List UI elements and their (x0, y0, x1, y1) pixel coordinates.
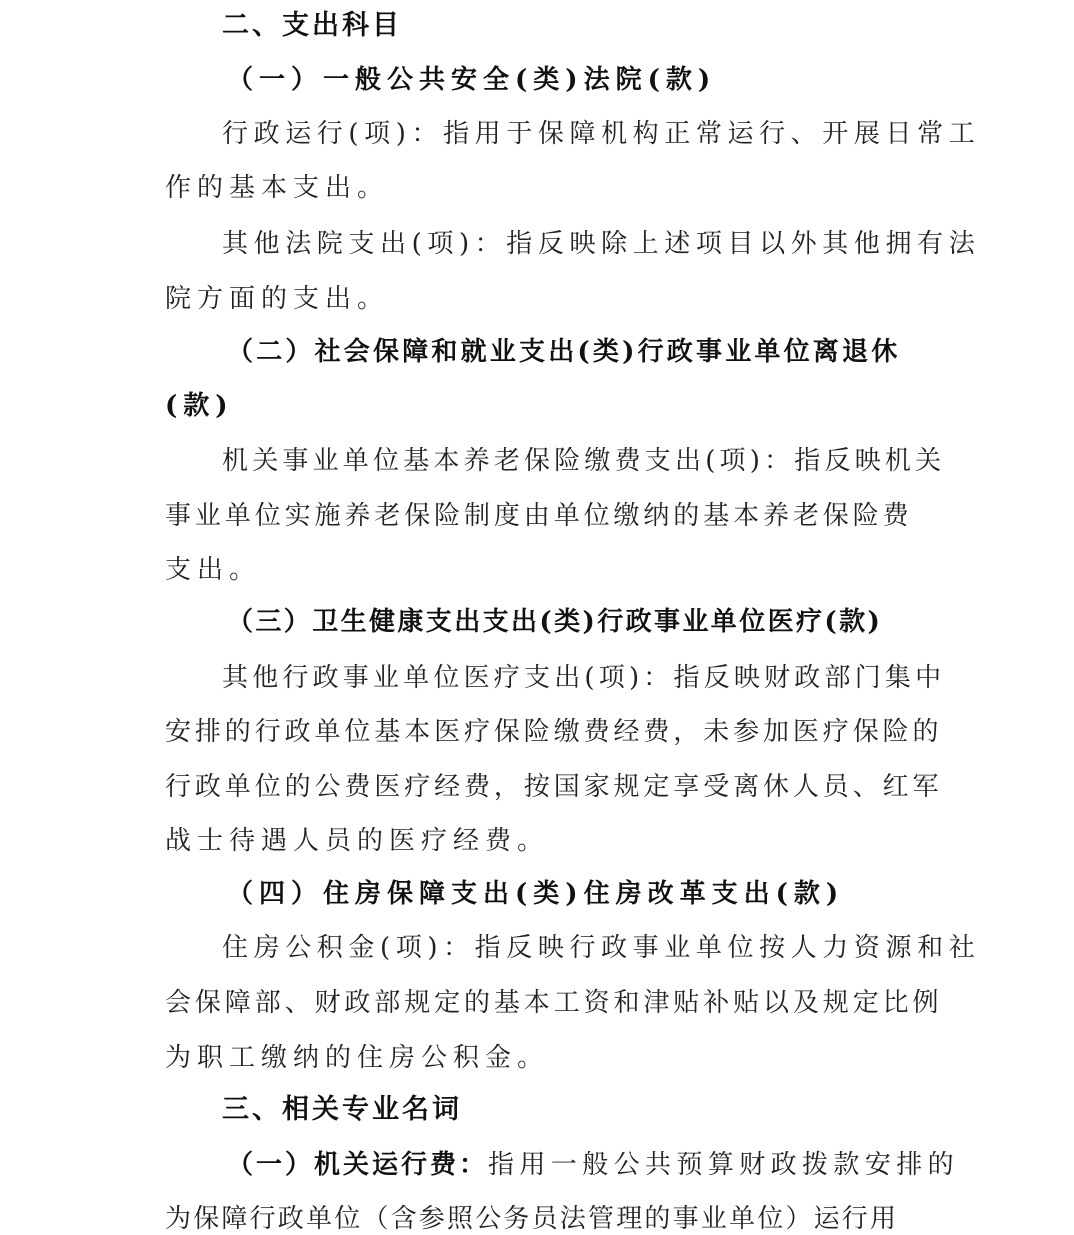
paragraph-line: 院方面的支出。 (165, 283, 389, 315)
paragraph-line: 会保障部、财政部规定的基本工资和津贴补贴以及规定比例 (165, 987, 942, 1019)
subsection-heading-social-security: （二）社会保障和就业支出(类)行政事业单位离退休 (227, 336, 900, 368)
paragraph-line: 作的基本支出。 (165, 172, 389, 204)
subsection-heading-health: （三）卫生健康支出支出(类)行政事业单位医疗(款) (227, 606, 882, 638)
subsection-heading-public-security: （一）一般公共安全(类)法院(款) (227, 64, 716, 96)
paragraph-line: 机关事业单位基本养老保险缴费支出(项)：指反映机关 (222, 445, 945, 477)
paragraph-line: 战士待遇人员的医疗经费。 (165, 825, 549, 857)
paragraph-line: 其他法院支出(项)：指反映除上述项目以外其他拥有法 (222, 228, 980, 260)
term-label-operating-expenses: （一）机关运行费： (227, 1150, 488, 1180)
paragraph-line: 其他行政事业单位医疗支出(项)：指反映财政部门集中 (222, 662, 945, 694)
paragraph-line: 安排的行政单位基本医疗保险缴费经费，未参加医疗保险的 (165, 716, 942, 748)
section-title-related-terms: 三、相关专业名词 (222, 1094, 462, 1126)
paragraph-line: 为职工缴纳的住房公积金。 (165, 1042, 549, 1074)
term-definition-line: （一）机关运行费：指用一般公共预算财政拨款安排的 (227, 1149, 959, 1181)
term-definition-text: 指用一般公共预算财政拨款安排的 (488, 1150, 959, 1180)
paragraph-line: 为保障行政单位（含参照公务员法管理的事业单位）运行用 (165, 1203, 898, 1235)
paragraph-line: 行政运行(项)：指用于保障机构正常运行、开展日常工 (222, 118, 980, 150)
subsection-heading-continuation: (款) (165, 390, 234, 422)
subsection-heading-housing: （四）住房保障支出(类)住房改革支出(款) (227, 878, 844, 910)
paragraph-line: 事业单位实施养老保险制度由单位缴纳的基本养老保险费 (165, 500, 913, 532)
paragraph-line: 住房公积金(项)：指反映行政事业单位按人力资源和社 (222, 932, 980, 964)
paragraph-line: 行政单位的公费医疗经费，按国家规定享受离休人员、红军 (165, 771, 942, 803)
section-title-expenditure-items: 二、支出科目 (222, 10, 402, 42)
paragraph-line: 支出。 (165, 554, 261, 586)
